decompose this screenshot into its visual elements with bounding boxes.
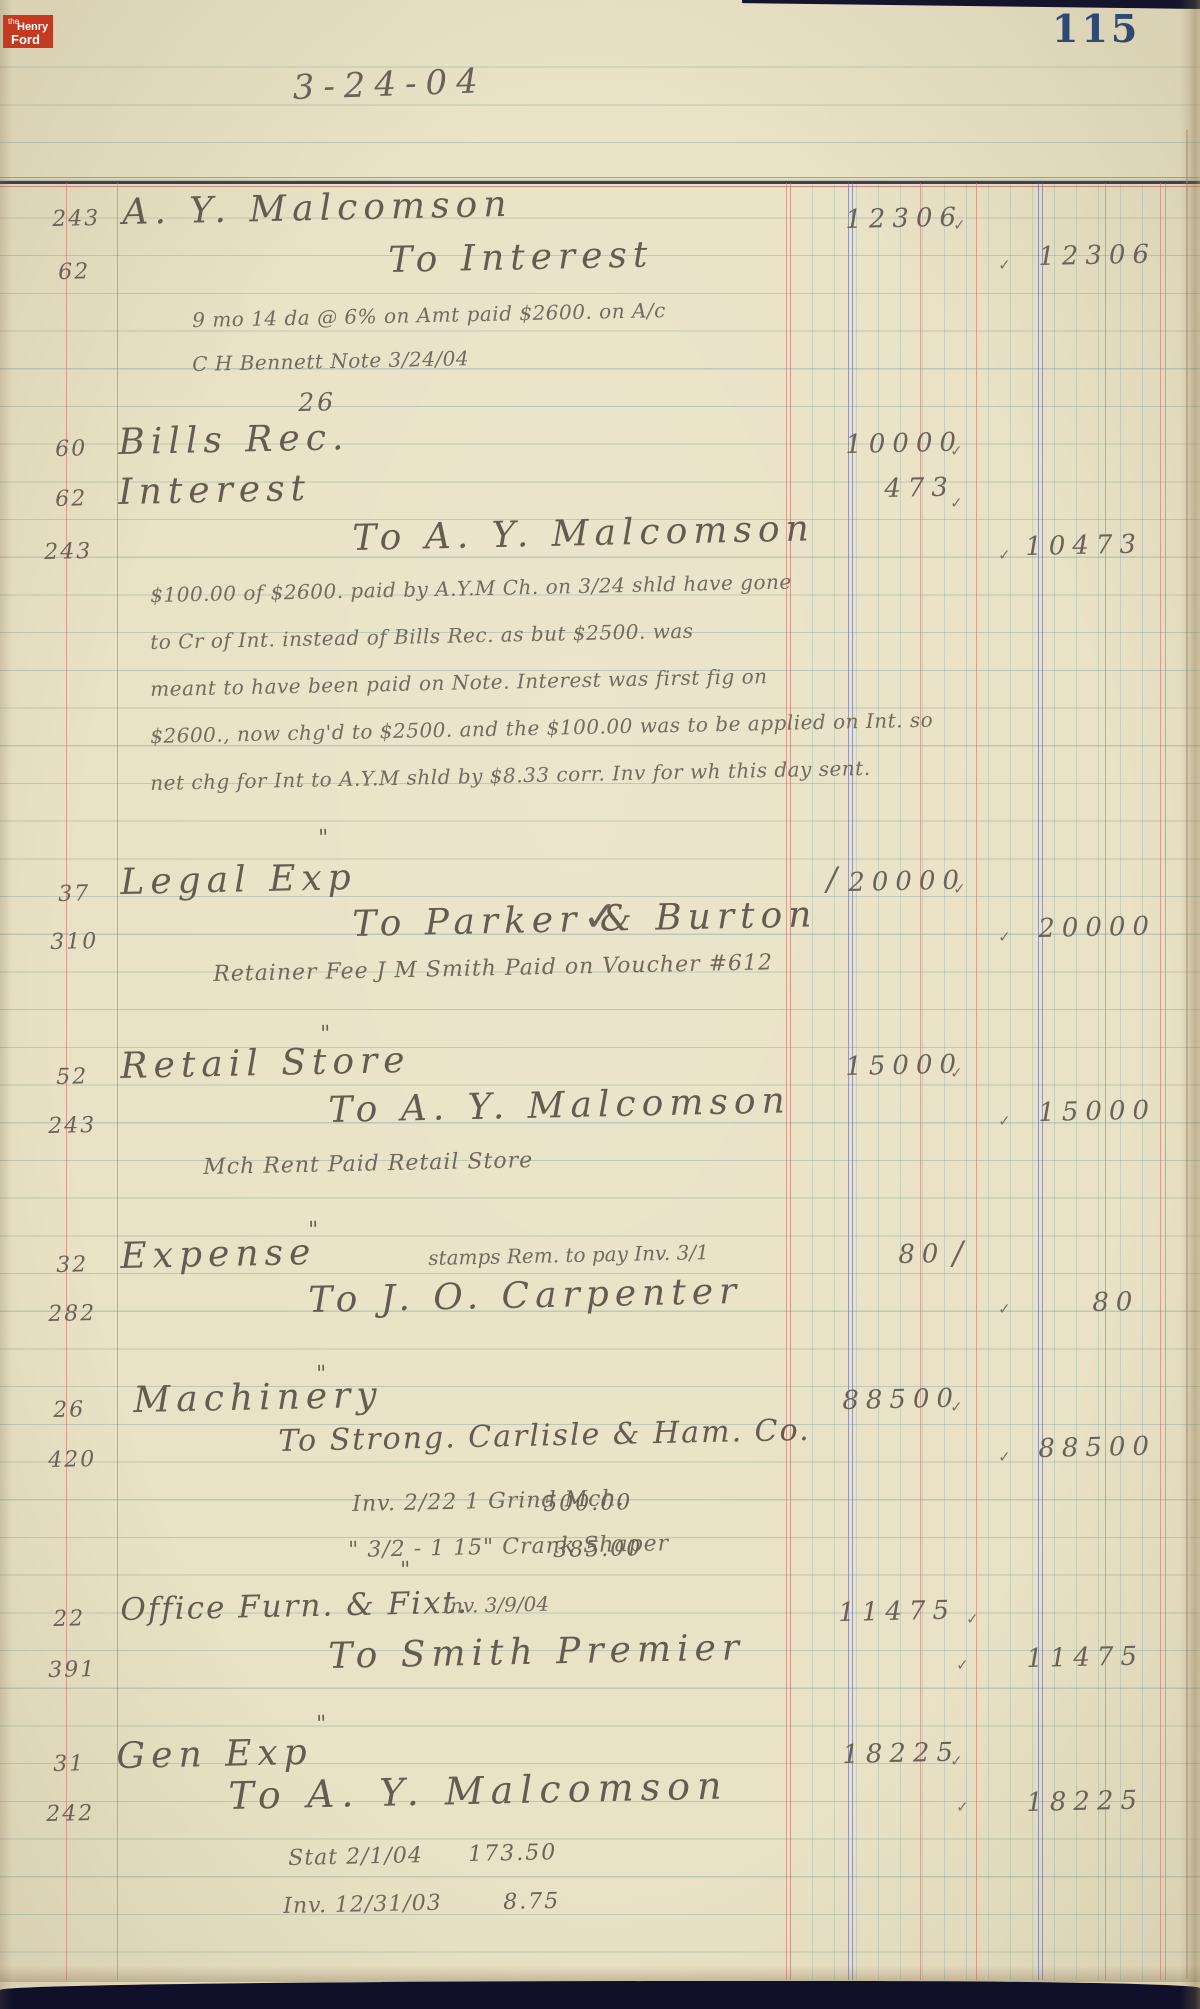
book-cover-bottom-edge: [0, 1981, 1200, 2009]
entry8-line2-credit-amount: 18225: [1026, 1786, 1144, 1818]
entry1-line2-account-number: 62: [58, 259, 91, 285]
page-right-edge-shadow: [1180, 0, 1200, 2009]
entry8-line1-account-name: Gen Exp: [116, 1732, 313, 1777]
entry6-line1-debit-amount: 88500: [842, 1384, 960, 1416]
credit-cents-line: [1105, 183, 1106, 1980]
entry7-line1-checkmark: ✓: [966, 1610, 979, 1628]
entry1-line1-account-name: A. Y. Malcomson: [122, 184, 513, 233]
entry7-line1-account-number: 22: [53, 1606, 86, 1632]
entry1-line2-account-name: To Interest: [388, 234, 654, 281]
entry6-line1-account-name: Machinery: [133, 1375, 383, 1421]
header-rule-red-bottom: [0, 186, 1200, 187]
right-margin-line-b: [1165, 183, 1166, 1980]
entry7-line1-account-name: Office Furn. & Fixt.: [120, 1585, 469, 1628]
entry3-line1-tick-slash: /: [826, 860, 838, 898]
entry5-line1-account-name: Expense: [120, 1232, 317, 1277]
entry8-memo-line2-amount: 8.75: [503, 1889, 560, 1915]
entry8-memo-line1: Stat 2/1/04: [288, 1843, 423, 1871]
entry4-line2-credit-amount: 15000: [1038, 1096, 1156, 1128]
page-edge-crease: [1186, 130, 1188, 1979]
entry3-line1-account-number: 37: [58, 881, 91, 907]
entry7-line2-account-name: To Smith Premier: [328, 1627, 745, 1677]
entry3-line2-account-number: 310: [50, 929, 99, 955]
entry7-ditto-separator-bottom: ": [316, 1712, 327, 1737]
entry2-line1-checkmark: ✓: [950, 442, 963, 460]
entry7-inline-note: Inv. 3/9/04: [442, 1592, 549, 1618]
entry5-line1-debit-amount: 80: [898, 1239, 946, 1270]
henry-ford-logo: the Henry Ford: [3, 15, 53, 48]
entry3-line1-checkmark: ✓: [953, 880, 966, 898]
entry1-line1-checkmark: ✓: [953, 216, 966, 234]
entry8-line1-debit-amount: 18225: [842, 1738, 960, 1770]
entry2-line2-account-number: 62: [55, 486, 88, 512]
entry7-line2-account-number: 391: [48, 1657, 97, 1683]
entry6-line2-account-number: 420: [48, 1447, 97, 1473]
entry8-memo-line2: Inv. 12/31/03: [283, 1891, 442, 1919]
entry7-line2-credit-amount: 11475: [1026, 1642, 1144, 1674]
entry3-line2-credit-amount: 20000: [1038, 912, 1156, 944]
entry6-line2-checkmark: ✓: [998, 1448, 1011, 1466]
entry5-line1-account-number: 32: [56, 1252, 89, 1278]
entry7-line2-checkmark: ✓: [956, 1656, 969, 1674]
entry2-line2-debit-amount: 473: [884, 473, 955, 504]
entry2-ditto-separator: ": [318, 826, 329, 851]
entry2-line3-credit-amount: 10473: [1025, 530, 1143, 562]
entry2-line3-checkmark: ✓: [998, 546, 1011, 564]
entry6-line1-checkmark: ✓: [950, 1398, 963, 1416]
entry1-line1-debit-amount: 12306: [845, 203, 963, 235]
entry1-line2-checkmark: ✓: [998, 256, 1011, 274]
entry3-line1-debit-amount: 20000: [848, 866, 966, 898]
entry5-line2-credit-amount: 80: [1092, 1287, 1140, 1318]
entry6-memo-line1-amount: 500.00: [543, 1490, 632, 1517]
date-heading: 3-24-04: [292, 61, 487, 108]
entry6-memo-line2-amount: 385.00: [553, 1536, 642, 1563]
entry1-date-separator: 26: [298, 387, 336, 417]
ledger-page: { "branding": { "logo_the": "the", "logo…: [0, 0, 1200, 2009]
entry5-line1-tick-slash: /: [952, 1234, 964, 1272]
entry4-line1-account-name: Retail Store: [120, 1040, 411, 1087]
entry5-line2-checkmark: ✓: [998, 1300, 1011, 1318]
entry5-line2-account-number: 282: [48, 1301, 97, 1327]
page-bottom-shadow: [0, 1966, 1200, 1982]
entry6-line1-account-number: 26: [53, 1397, 86, 1423]
entry6-line2-credit-amount: 88500: [1038, 1432, 1156, 1464]
entry3-line2-checkmark: ✓: [998, 928, 1011, 946]
page-number: 115: [1052, 6, 1140, 51]
right-margin-line-a: [1160, 183, 1161, 1980]
entry4-line1-checkmark: ✓: [950, 1064, 963, 1082]
entry7-ditto-separator-top: ": [400, 1558, 411, 1583]
entry1-line2-credit-amount: 12306: [1038, 240, 1156, 272]
entry2-line2-account-name: Interest: [118, 468, 311, 513]
header-rule-red-top: [0, 177, 1200, 178]
entry7-line1-debit-amount: 11475: [838, 1596, 956, 1628]
entry3-line1-account-name: Legal Exp: [120, 857, 357, 903]
entry8-line2-checkmark: ✓: [956, 1798, 969, 1816]
page-left-edge-shadow: [0, 0, 12, 2009]
entry4-line1-debit-amount: 15000: [845, 1050, 963, 1082]
entry4-line1-account-number: 52: [56, 1064, 89, 1090]
entry3-large-checkmark: ✓: [582, 891, 618, 941]
logo-ford: Ford: [11, 33, 40, 46]
entry2-line3-account-number: 243: [44, 539, 93, 565]
entry2-line1-account-number: 60: [55, 436, 88, 462]
entry8-line1-account-number: 31: [53, 1751, 86, 1777]
credit-column-line-b: [1042, 183, 1043, 1980]
entry8-memo-line1-amount: 173.50: [468, 1840, 557, 1867]
entry1-line1-account-number: 243: [52, 206, 101, 232]
entry2-line2-checkmark: ✓: [950, 494, 963, 512]
post-debit-line: [976, 183, 977, 1980]
entry4-line2-account-number: 243: [48, 1113, 97, 1139]
entry2-line1-account-name: Bills Rec.: [118, 417, 350, 463]
entry4-line2-checkmark: ✓: [998, 1112, 1011, 1130]
credit-column-line-a: [1038, 183, 1039, 1980]
entry2-line1-debit-amount: 10000: [845, 428, 963, 460]
header-rule-dark: [0, 181, 1200, 184]
entry8-line1-checkmark: ✓: [950, 1752, 963, 1770]
entry8-line2-account-number: 242: [46, 1801, 95, 1827]
